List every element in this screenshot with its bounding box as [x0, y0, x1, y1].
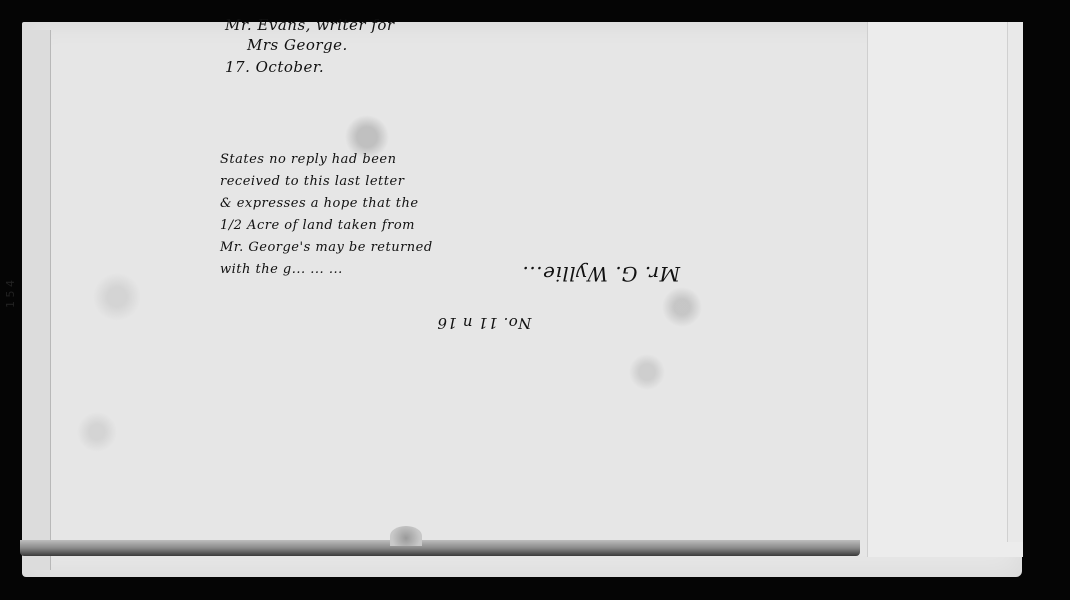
summary-line: Mr. George's may be returned [220, 237, 433, 259]
document-page: Mr. Evans, writer for Mrs George. 17. Oc… [22, 22, 1022, 577]
archive-edge-mark: 1 5 4 [4, 280, 17, 308]
docket-line-1: Mr. Evans, writer for [225, 16, 395, 34]
inverted-signature: Mr. G. Wyllie... [522, 262, 680, 286]
left-margin-strip [22, 30, 51, 570]
summary-line: received to this last letter [220, 171, 433, 193]
summary-line: 1/2 Acre of land taken from [220, 215, 433, 237]
inverted-reference: No. 11 n 16 [437, 314, 531, 332]
seal-stamp [390, 526, 422, 546]
summary-line: & expresses a hope that the [220, 193, 433, 215]
summary-note: States no reply had been received to thi… [220, 149, 433, 281]
docket-date: 17. October. [225, 58, 324, 76]
summary-line: States no reply had been [220, 149, 433, 171]
right-fold-edge [1007, 22, 1023, 542]
summary-line: with the g... ... ... [220, 259, 433, 281]
docket-line-2: Mrs George. [247, 36, 348, 54]
bottom-binding-edge [20, 540, 860, 556]
folded-right-panel [867, 22, 1023, 557]
